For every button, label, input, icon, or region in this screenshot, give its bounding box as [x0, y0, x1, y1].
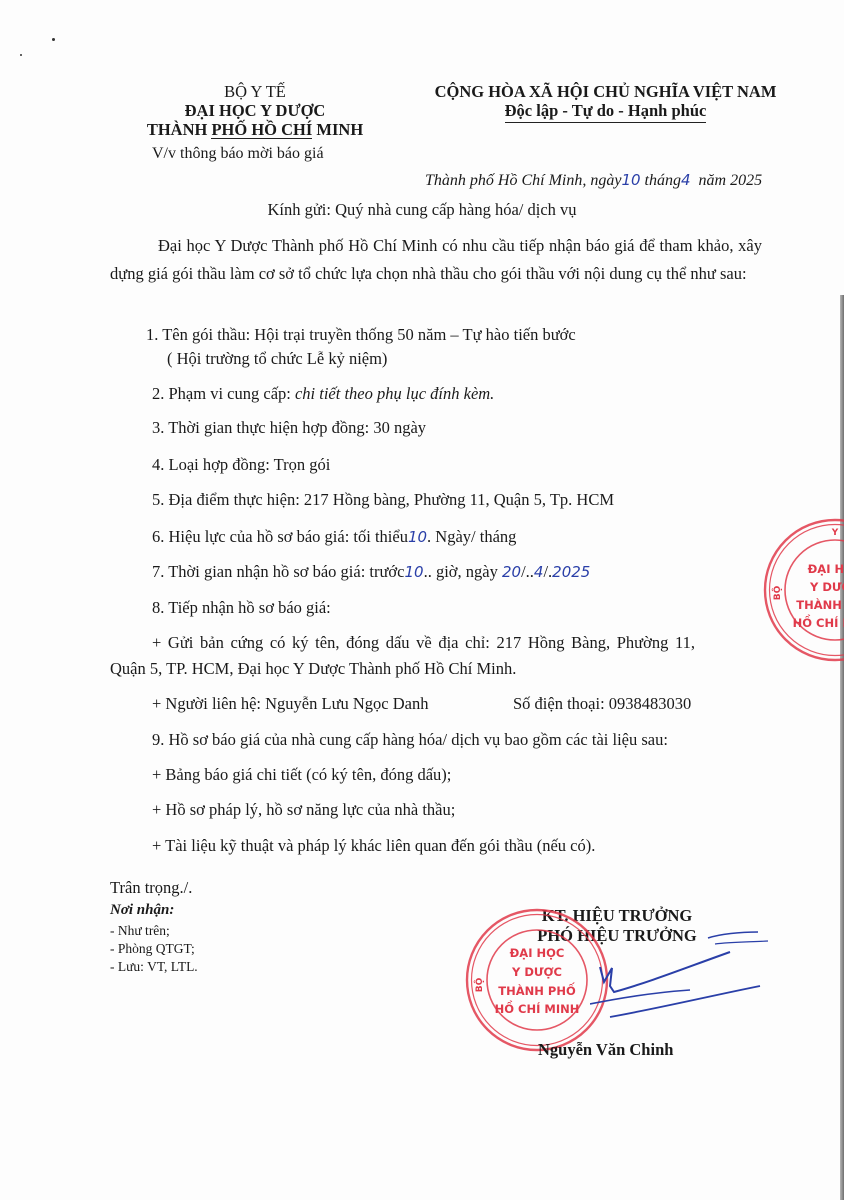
institution-name: ĐẠI HỌC Y DƯỢC [110, 101, 400, 120]
handwritten-hour: 10 [404, 563, 423, 581]
scan-speck [20, 54, 22, 56]
item-9: 9. Hồ sơ báo giá của nhà cung cấp hàng h… [152, 730, 668, 750]
svg-text:HỒ CHÍ MINH: HỒ CHÍ MINH [495, 999, 580, 1016]
item-3: 3. Thời gian thực hiện hợp đồng: 30 ngày [152, 418, 426, 438]
national-header: CỘNG HÒA XÃ HỘI CHỦ NGHĨA VIỆT NAM Độc l… [408, 82, 803, 121]
svg-text:ĐẠI HỌC: ĐẠI HỌC [510, 946, 565, 960]
doc-item: + Bảng báo giá chi tiết (có ký tên, đóng… [152, 765, 451, 785]
item-4: 4. Loại hợp đồng: Trọn gói [152, 455, 330, 475]
item-2: 2. Phạm vi cung cấp: chi tiết theo phụ l… [152, 384, 494, 404]
recipient-item: - Lưu: VT, LTL. [110, 959, 198, 975]
closing: Trân trọng./. [110, 878, 192, 898]
document-date: Thành phố Hồ Chí Minh, ngày10 tháng4 năm… [425, 171, 762, 190]
item-8: 8. Tiếp nhận hồ sơ báo giá: [152, 598, 331, 618]
document-subject: V/v thông báo mời báo giá [152, 145, 324, 163]
handwritten-year: 2025 [552, 563, 590, 581]
intro-paragraph: Đại học Y Dược Thành phố Hồ Chí Minh có … [110, 232, 762, 287]
contact-person: + Người liên hệ: Nguyễn Lưu Ngọc Danh [152, 694, 429, 714]
svg-text:Y DƯỢC: Y DƯỢC [511, 965, 562, 979]
country-name: CỘNG HÒA XÃ HỘI CHỦ NGHĨA VIỆT NAM [408, 82, 803, 101]
svg-text:ĐẠI HỌC: ĐẠI HỌC [808, 562, 844, 576]
svg-text:THÀNH PHỐ: THÀNH PHỐ [796, 595, 844, 612]
item-1: 1. Tên gói thầu: Hội trại truyền thống 5… [146, 325, 576, 345]
signer-name: Nguyễn Văn Chinh [538, 1040, 673, 1060]
item-7: 7. Thời gian nhận hồ sơ báo giá: trước10… [152, 562, 590, 582]
svg-text:BỘ: BỘ [474, 977, 485, 992]
item-1-sub: ( Hội trường tổ chức Lễ kỷ niệm) [167, 349, 387, 369]
institution-city: THÀNH PHỐ HỒ CHÍ MINH [110, 120, 400, 139]
item-8-send-cont: Quận 5, TP. HCM, Đại học Y Dược Thành ph… [110, 659, 516, 679]
scan-speck [52, 38, 55, 41]
doc-item: + Tài liệu kỹ thuật và pháp lý khác liên… [152, 836, 595, 856]
recipient-item: - Như trên; [110, 923, 170, 939]
signature-ink [590, 920, 780, 1020]
svg-text:Y: Y [831, 528, 839, 538]
svg-text:THÀNH PHỐ: THÀNH PHỐ [498, 981, 576, 998]
scan-edge [840, 295, 844, 1200]
recipients-title: Nơi nhận: [110, 902, 174, 919]
recipient-item: - Phòng QTGT; [110, 941, 195, 957]
issuer-block: BỘ Y TẾ ĐẠI HỌC Y DƯỢC THÀNH PHỐ HỒ CHÍ … [110, 82, 400, 139]
ministry-name: BỘ Y TẾ [110, 82, 400, 101]
svg-text:HỒ CHÍ MINH: HỒ CHÍ MINH [793, 613, 844, 630]
handwritten-day: 10 [621, 171, 640, 189]
edge-stamp: Y ĐẠI HỌC Y DƯỢC THÀNH PHỐ HỒ CHÍ MINH B… [760, 515, 844, 670]
salutation: Kính gửi: Quý nhà cung cấp hàng hóa/ dịc… [0, 200, 844, 220]
item-5: 5. Địa điểm thực hiện: 217 Hồng bàng, Ph… [152, 490, 614, 510]
contact-phone: Số điện thoại: 0938483030 [513, 694, 691, 714]
national-motto: Độc lập - Tự do - Hạnh phúc [408, 101, 803, 121]
doc-item: + Hồ sơ pháp lý, hồ sơ năng lực của nhà … [152, 800, 455, 820]
handwritten-validity: 10 [408, 528, 427, 546]
svg-text:BỘ: BỘ [772, 585, 783, 600]
handwritten-day: 20 [502, 563, 521, 581]
handwritten-month: 4 [681, 171, 691, 189]
svg-text:Y DƯỢC: Y DƯỢC [809, 580, 844, 594]
handwritten-month: 4 [534, 563, 544, 581]
item-8-send: + Gửi bản cứng có ký tên, đóng dấu về đị… [152, 633, 695, 653]
item-6: 6. Hiệu lực của hồ sơ báo giá: tối thiểu… [152, 527, 516, 547]
